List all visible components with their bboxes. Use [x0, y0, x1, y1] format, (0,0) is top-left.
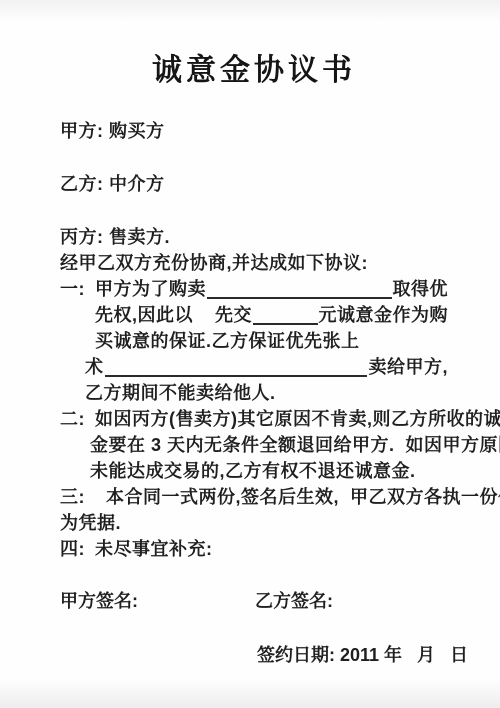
clause-4-number: 四:: [60, 536, 95, 562]
clause-2-number: 二:: [60, 406, 95, 432]
clause-1-text: 买诚意的保证.乙方保证优先张上: [95, 328, 360, 354]
clause-3-text: 为凭据.: [60, 510, 121, 536]
party-b-line: 乙方: 中介方: [60, 171, 448, 197]
clause-2-line-3: 未能达成交易的,乙方有权不退还诚意金.: [60, 458, 448, 484]
clause-1-line-5: 乙方期间不能卖给他人.: [60, 380, 448, 406]
signature-row: 甲方签名: 乙方签名:: [60, 588, 448, 614]
blank-field-property-detail: [105, 371, 368, 377]
clause-2-line-2: 金要在 3 天内无条件全额退回给甲方. 如因甲方原因,: [60, 432, 448, 458]
clause-1-text: 术: [85, 354, 104, 380]
clause-2-line-1: 二: 如因丙方(售卖方)其它原因不肯卖,则乙方所收的诚意: [60, 406, 448, 432]
clause-3-number: 三:: [60, 484, 95, 510]
clause-1-text: 乙方期间不能卖给他人.: [85, 380, 276, 406]
clause-2-text: 未能达成交易的,乙方有权不退还诚意金.: [90, 458, 416, 484]
clause-4-text: 未尽事宜补充:: [95, 536, 213, 562]
party-c-line: 丙方: 售卖方.: [60, 224, 448, 250]
clause-1-text: 先权,因此以 先交: [95, 302, 252, 328]
document-title: 诚意金协议书: [60, 50, 448, 92]
clause-4-line-1: 四: 未尽事宜补充:: [60, 536, 448, 562]
blank-field-amount: [253, 319, 317, 325]
clause-1-line-1: 一: 甲方为了购卖 取得优: [60, 276, 448, 302]
clause-1-text: 甲方为了购卖: [95, 276, 206, 302]
party-a-signature-label: 甲方签名:: [60, 588, 255, 614]
clause-1-line-4: 术 卖给甲方,: [60, 354, 448, 380]
clause-1-text: 卖给甲方,: [368, 354, 448, 380]
clause-1-text: 元诚意金作为购: [319, 302, 449, 328]
blank-field-property: [207, 293, 392, 299]
clause-1-number: 一:: [60, 276, 95, 302]
clause-1-line-3: 买诚意的保证.乙方保证优先张上: [60, 328, 448, 354]
party-a-line: 甲方: 购买方: [60, 118, 448, 144]
clause-3-text: 本合同一式两份,签名后生效, 甲乙双方各执一份作: [95, 484, 500, 510]
clause-1-text: 取得优: [393, 276, 449, 302]
clause-3-line-1: 三: 本合同一式两份,签名后生效, 甲乙双方各执一份作: [60, 484, 448, 510]
party-b-signature-label: 乙方签名:: [255, 588, 333, 614]
clause-3-line-2: 为凭据.: [60, 510, 448, 536]
clause-1-line-2: 先权,因此以 先交 元诚意金作为购: [60, 302, 448, 328]
clause-2-text: 如因丙方(售卖方)其它原因不肯卖,则乙方所收的诚意: [95, 406, 500, 432]
clause-2-text: 金要在 3 天内无条件全额退回给甲方. 如因甲方原因,: [90, 432, 500, 458]
signing-date-line: 签约日期: 2011 年 月 日: [257, 642, 448, 668]
intro-line: 经甲乙双方充份协商,并达成如下协议:: [60, 250, 448, 276]
contract-document-page: 诚意金协议书 甲方: 购买方 乙方: 中介方 丙方: 售卖方. 经甲乙双方充份协…: [0, 0, 500, 708]
